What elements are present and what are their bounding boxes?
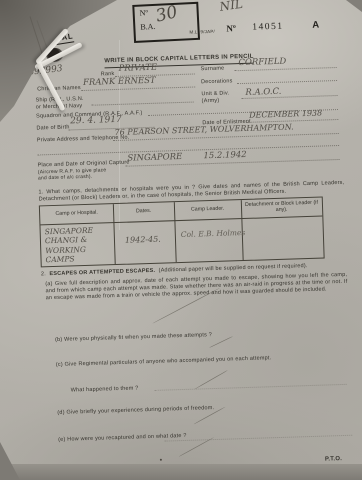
item-c2-text: What happened to them ? [71,385,139,394]
ship-line [92,102,194,106]
camp-cell-value: SINGAPORE CHANGI & WORKING CAMPS [45,225,112,265]
item-b-text: (b) Were you physically fit when you mad… [55,332,212,344]
section-2-title: ESCAPES OR ATTEMPTED ESCAPES. [49,268,155,277]
ba-no-label: Nº [139,8,148,17]
decorations-label: Decorations [201,78,233,86]
capture-label-line3: and date of a/c crash). [38,174,93,182]
item-c2-line [155,384,347,391]
serial-number: 14051 [252,22,284,33]
scan-corner-top-right [346,0,362,12]
item-c-text: (c) Give Regimental particulars of anyon… [56,355,272,369]
ml-reference: M.L. 9/JAP/ [189,29,215,36]
item-e-text: (e) How were you recaptured and on what … [58,433,187,444]
rank-value: PRIVATE [118,63,157,74]
section-2-note: (Additional paper will be supplied on re… [159,263,308,274]
item-d-text: (d) Give briefly your experiences during… [57,405,214,417]
item-e-line [164,435,352,442]
section-2-number: 2. [41,271,46,277]
dates-cell-value: 1942-45. [125,235,161,245]
christian-names-value: FRANK ERNEST [83,76,156,88]
address-line2 [37,145,339,155]
unit-label-line2: (Army) [202,98,220,106]
serial-suffix: A [312,20,319,31]
leader-cell-value: Col. E.B. Holmes [181,228,246,239]
surname-value: CORFIELD [238,57,286,68]
dob-label: Date of Birth [36,124,69,132]
paper-sheet: Nº B.A. 30 NIL M.L. 9/JAP/ Nº 14051 A EN… [0,0,362,480]
christian-names-label: Christian Names [37,85,81,94]
scan-bottom-edge [0,464,362,480]
ba-label: B.A. [140,22,156,32]
ink-speck [160,459,162,461]
scan-corner-bottom-left [0,442,20,480]
capture-place-value: SINGAPORE [127,152,182,164]
decorations-line [237,80,337,84]
camp-table: Camp or Hospital. Dates. Camp Leader. De… [39,197,325,268]
nil-handwritten: NIL [219,0,244,14]
surname-label: Surname [201,66,225,74]
form-content: Nº B.A. 30 NIL M.L. 9/JAP/ Nº 14051 A EN… [0,0,362,480]
camp-table-header-detachment: Detachment or Block Leader (if any). [241,200,322,215]
capture-date-value: 15.2.1942 [203,150,247,161]
enlistment-value: DECEMBER 1938 [249,109,322,120]
pencil-slash [209,336,233,348]
serial-no-label: Nº [226,23,236,33]
dob-value: 29. 4. 1917 [70,115,122,127]
scanned-pow-questionnaire: Nº B.A. 30 NIL M.L. 9/JAP/ Nº 14051 A EN… [0,0,362,480]
pencil-slash [194,370,227,390]
